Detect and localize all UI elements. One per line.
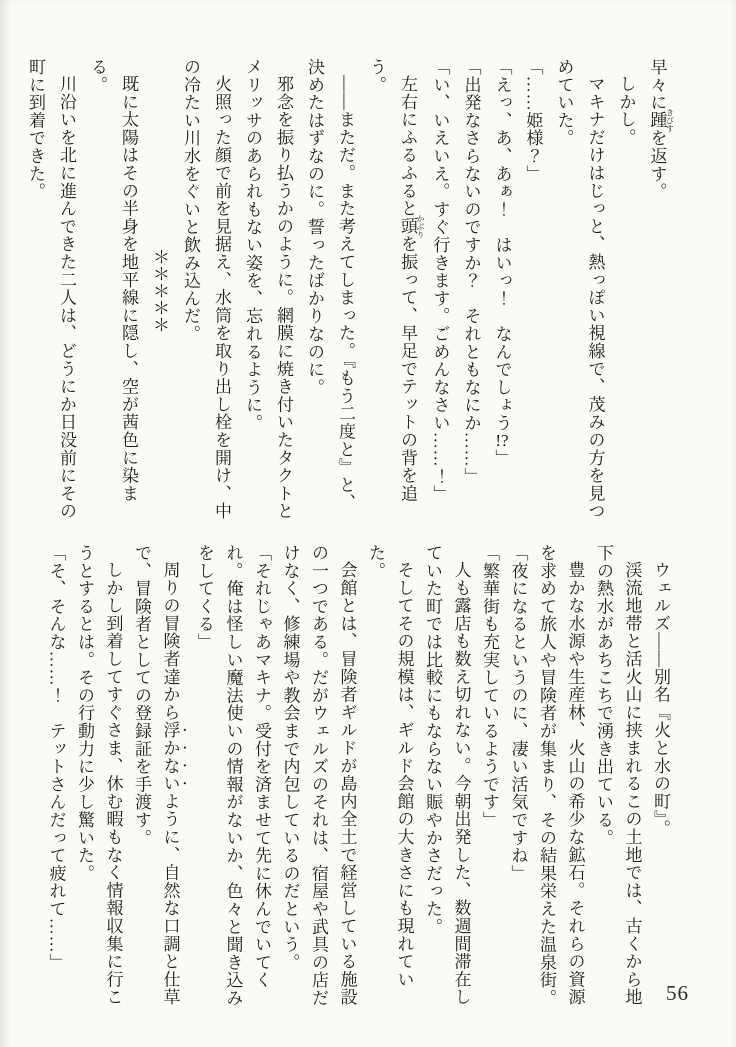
page-number: 56 — [666, 981, 689, 1006]
paragraph: 火照った顔で前を見据え、水筒を取り出し栓を開け、中の冷たい川水をぐいと飲み込んだ… — [175, 58, 237, 522]
emphasized-text: 浮かない — [161, 721, 180, 792]
paragraph: 「い、いえいえ。すぐ行きます。ごめんなさい……！」 — [425, 58, 456, 522]
paragraph: 既に太陽はその半身を地平線に隠し、空が茜色に染まる。 — [82, 58, 144, 522]
paragraph: 「……姫様？」 — [518, 58, 549, 522]
paragraph: 「出発なさらないのですか？ それともなにか……」 — [456, 58, 487, 522]
paragraph: しかし到着してすぐさま、休む暇もなく情報収集に行こうとするとは。その行動力に少し… — [70, 544, 127, 1008]
paragraph: 早々に踵きびすを返す。 — [642, 58, 675, 522]
paragraph: そしてその規模は、ギルド会館の大きさにも現れていた。 — [361, 544, 418, 1008]
top-text-block: 早々に踵きびすを返す。しかし。マキナだけはじっと、熱っぽい視線で、茂みの方を見つ… — [74, 58, 674, 522]
paragraph: 邪念を振り払うかのように。網膜に焼き付いたタクトとメリッサのあられもない姿を、忘… — [237, 58, 299, 522]
paragraph: ――まただ。また考えてしまった。『もう二度と』と、決めたはずなのに。誓ったばかり… — [299, 58, 361, 522]
paragraph: 川沿いを北に進んできた二人は、どうにか日没前にその町に到着できた。 — [20, 58, 82, 522]
paragraph: ウェルズ――別名『火と水の町』。 — [646, 544, 675, 1008]
paragraph: しかし。 — [611, 58, 642, 522]
paragraph: 会館とは、冒険者ギルドが島内全土で経営している施設の一つである。だがウェルズのそ… — [275, 544, 361, 1008]
paragraph: 「えっ、あ、あぁ！ はいっ！ なんでしょう!?」 — [487, 58, 518, 522]
furigana-word: 踵きびす — [648, 111, 667, 129]
paragraph: 人も露店も数え切れない。今朝出発した、数週間滞在していた町では比較にもならない賑… — [418, 544, 475, 1008]
tate-chu-yoko-exclamation: !? — [493, 432, 512, 449]
paragraph: 渓流地帯と活火山に挟まれるこの土地では、古くから地下の熱水があちこちで湧き出てい… — [589, 544, 646, 1008]
scene-separator: ＊＊＊＊＊ — [144, 58, 175, 522]
paragraph: 左右にふるふると頭かぶりを振って、早足でテットの背を追う。 — [361, 58, 425, 522]
bottom-text-block: ウェルズ――別名『火と水の町』。渓流地帯と活火山に挟まれるこの土地では、古くから… — [58, 544, 674, 1008]
paragraph: 豊かな水源や生産林、火山の希少な鉱石。それらの資源を求めて旅人や冒険者が集まり、… — [532, 544, 589, 1008]
paragraph: 「夜になるというのに、凄い活気ですね」 — [503, 544, 532, 1008]
paragraph: 周りの冒険者達から浮かないように、自然な口調と仕草で、冒険者としての登録証を手渡… — [127, 544, 190, 1008]
book-page: { "page": { "number": "56" }, "colors": … — [0, 0, 736, 1047]
paragraph: マキナだけはじっと、熱っぽい視線で、茂みの方を見つめていた。 — [549, 58, 611, 522]
paragraph: 「そ、そんな……！ テットさんだって疲れて……」 — [41, 544, 70, 1008]
paragraph: 「それじゃあマキナ。受付を済ませて先に休んでいてくれ。俺は怪しい魔法使いの情報が… — [190, 544, 276, 1008]
furigana-word: 頭かぶり — [398, 217, 417, 235]
paragraph: 「繁華街も充実しているようです」 — [475, 544, 504, 1008]
